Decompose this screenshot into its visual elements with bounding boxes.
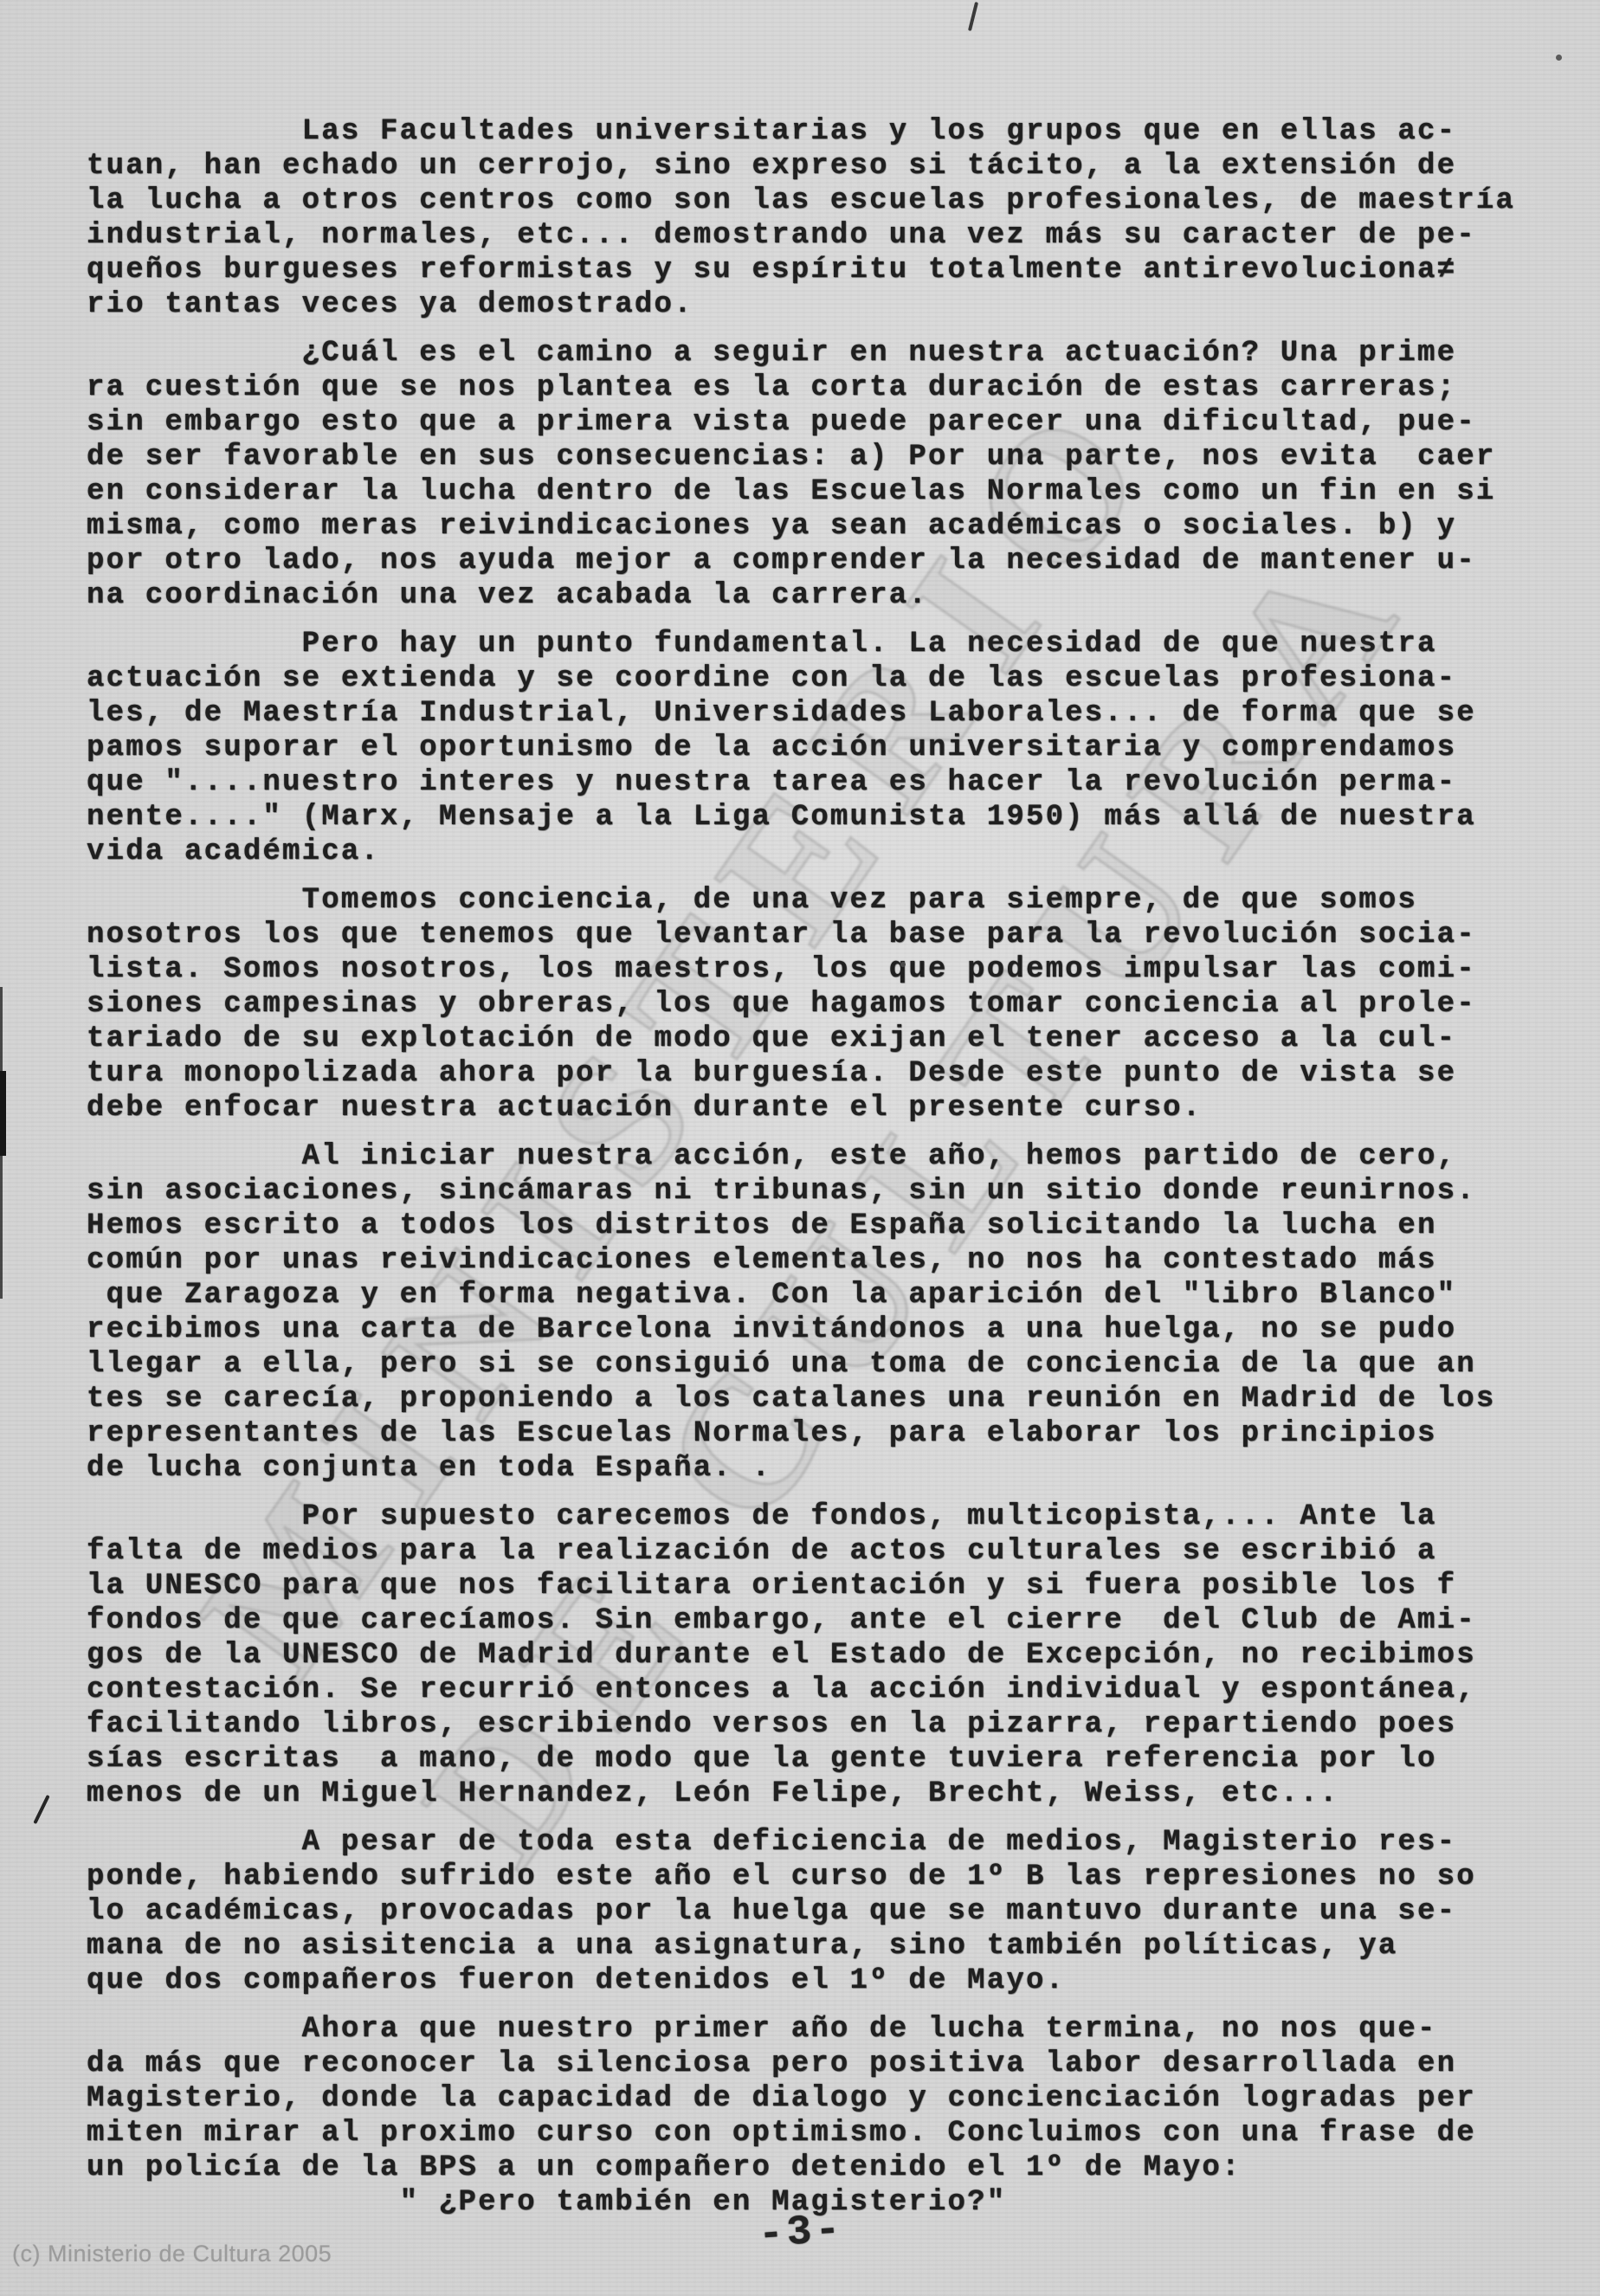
ink-tick-mark	[968, 2, 978, 31]
ink-dot-speck	[1556, 55, 1562, 61]
document-body: Las Facultades universitarias y los grup…	[87, 114, 1558, 2234]
paragraph: Por supuesto carecemos de fondos, multic…	[87, 1499, 1558, 1811]
scan-edge-line-artifact	[0, 987, 3, 1299]
paragraph: Al iniciar nuestra acción, este año, hem…	[87, 1139, 1558, 1486]
copyright-notice: (c) Ministerio de Cultura 2005	[12, 2241, 332, 2267]
scanned-document-page: MINISTERIO DE CULTURA Las Facultades uni…	[0, 0, 1600, 2296]
paragraph: Ahora que nuestro primer año de lucha te…	[87, 2012, 1558, 2220]
paragraph: Tomemos conciencia, de una vez para siem…	[87, 883, 1558, 1125]
paragraph: Las Facultades universitarias y los grup…	[87, 114, 1558, 322]
paragraph: Pero hay un punto fundamental. La necesi…	[87, 627, 1558, 869]
paragraph: ¿Cuál es el camino a seguir en nuestra a…	[87, 336, 1558, 613]
scan-edge-bar-artifact	[0, 1071, 6, 1156]
page-number: -3-	[757, 2207, 845, 2260]
ink-slash-mark	[33, 1795, 49, 1824]
paragraph: A pesar de toda esta deficiencia de medi…	[87, 1825, 1558, 1998]
